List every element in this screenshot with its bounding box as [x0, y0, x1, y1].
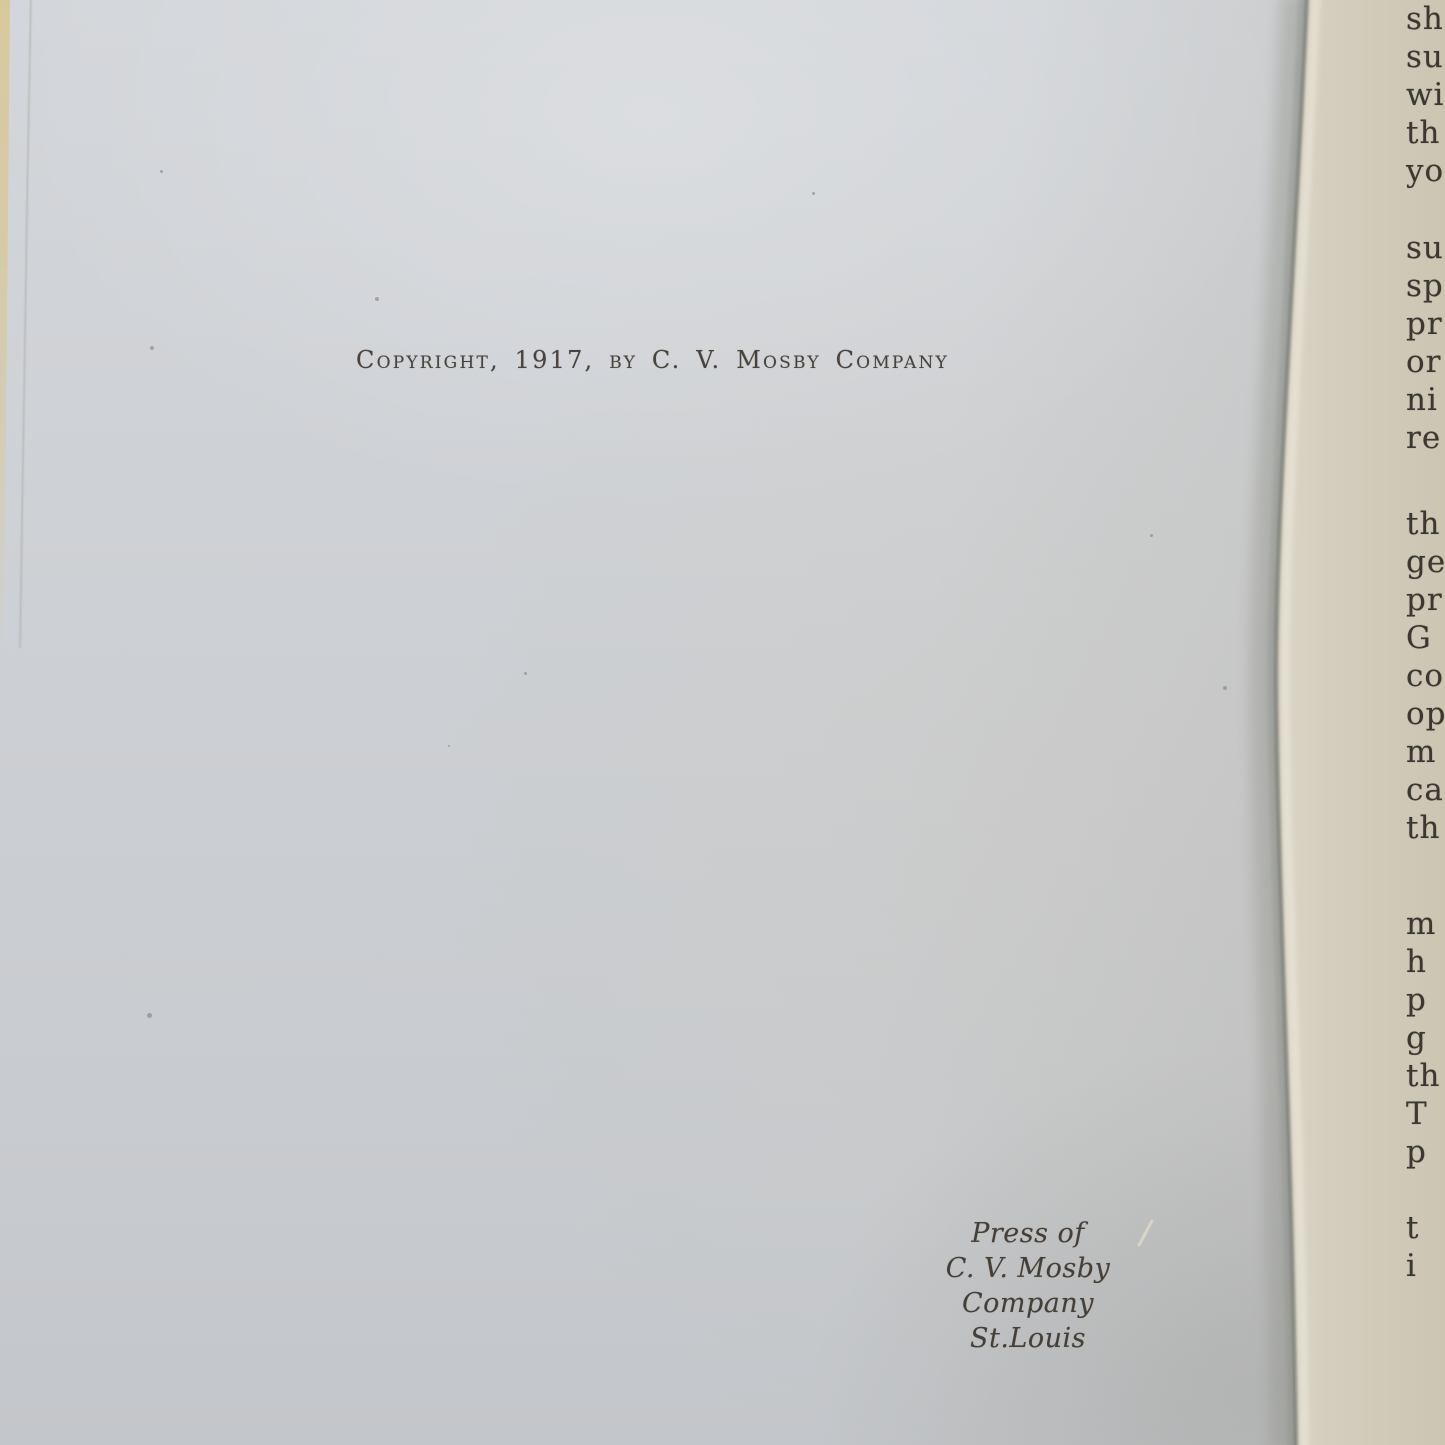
- paper-speck: [448, 745, 450, 747]
- paper-speck: [812, 192, 815, 195]
- paper-speck: [1223, 686, 1227, 690]
- paper-speck: [1150, 534, 1153, 537]
- book-spread-photo: Copyright, 1917, by C. V. Mosby Company …: [0, 0, 1445, 1445]
- paper-speck: [150, 346, 154, 350]
- paper-speck: [524, 672, 527, 675]
- paper-speck: [147, 1013, 152, 1018]
- paper-specks: [0, 0, 1445, 1445]
- paper-speck: [160, 170, 163, 173]
- paper-speck: [375, 297, 379, 301]
